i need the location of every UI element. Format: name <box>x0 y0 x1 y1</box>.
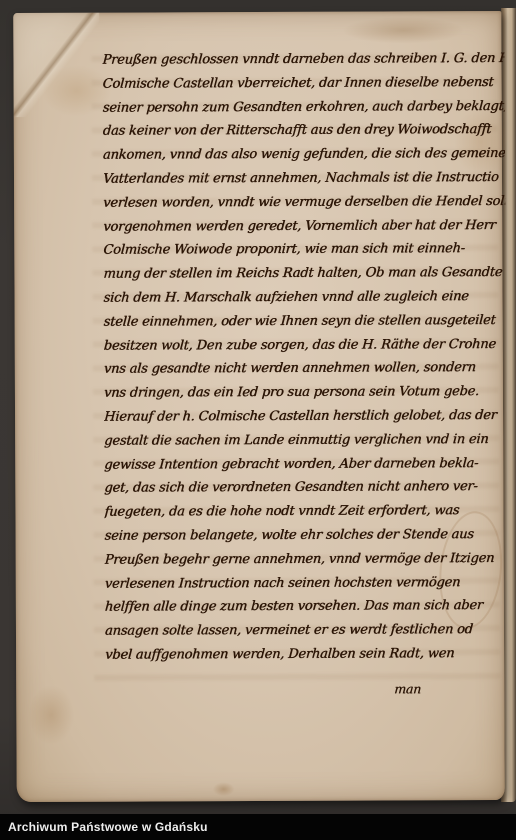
manuscript-line: gestalt die sachen im Lande einmuttig ve… <box>103 428 507 454</box>
manuscript-line: Colmische Castellan vberreichet, dar Inn… <box>102 71 505 97</box>
manuscript-line: stelle einnehmen, oder wie Ihnen seyn di… <box>103 309 507 335</box>
foxing-stain <box>42 65 112 117</box>
manuscript-line: vns dringen, das ein Ied pro sua persona… <box>103 380 507 406</box>
manuscript-line: get, das sich die verordneten Gesandten … <box>104 475 508 501</box>
manuscript-line: Preußen begehr gerne annehmen, vnnd verm… <box>104 547 507 573</box>
manuscript-line: Preußen geschlossen vnndt darneben das s… <box>102 47 505 73</box>
manuscript-line: mung der stellen im Reichs Radt halten, … <box>103 261 507 287</box>
manuscript-text-block: Preußen geschlossen vnndt darneben das s… <box>102 47 507 673</box>
foxing-stain <box>28 685 74 745</box>
manuscript-line: ansagen solte lassen, vermeinet er es we… <box>104 618 507 644</box>
archive-label-bar: Archiwum Państwowe w Gdańsku <box>0 814 516 840</box>
archive-label: Archiwum Państwowe w Gdańsku <box>0 820 208 834</box>
manuscript-line: Hierauf der h. Colmische Castellan herst… <box>103 404 507 430</box>
manuscript-line: verlesen worden, vnndt wie vermuge derse… <box>102 190 505 216</box>
manuscript-line: sich dem H. Marschalk aufziehen vnnd all… <box>103 285 507 311</box>
manuscript-page: Preußen geschlossen vnndt darneben das s… <box>13 11 504 802</box>
manuscript-line: vns als gesandte nicht werden annehmen w… <box>103 356 507 382</box>
manuscript-line: verlesenen Instruction nach seinen hochs… <box>104 570 507 596</box>
manuscript-line: besitzen wolt, Den zube sorgen, das die … <box>103 332 507 358</box>
foxing-stain <box>213 782 235 796</box>
manuscript-line: vbel auffgenohmen werden, Derhalben sein… <box>104 642 507 668</box>
manuscript-line: gewisse Intention gebracht worden, Aber … <box>103 451 507 477</box>
manuscript-line: helffen alle dinge zum besten vorsehen. … <box>104 594 507 620</box>
manuscript-line: fuegeten, da es die hohe nodt vnndt Zeit… <box>104 499 507 525</box>
archival-scan: Preußen geschlossen vnndt darneben das s… <box>0 0 516 840</box>
manuscript-line: das keiner von der Ritterschafft aus den… <box>102 118 505 144</box>
manuscript-line: vorgenohmen werden geredet, Vornemlich a… <box>102 213 506 239</box>
manuscript-line: seiner persohn zum Gesandten erkohren, a… <box>102 95 505 121</box>
manuscript-line: Vatterlandes mit ernst annehmen, Nachmal… <box>102 166 505 192</box>
catchword: man <box>393 677 421 701</box>
foxing-stain <box>343 17 463 44</box>
corner-fold-crease <box>13 13 99 117</box>
manuscript-line: Colmische Woiwode proponirt, wie man sic… <box>103 237 507 263</box>
manuscript-line: seine person belangete, wolte ehr solche… <box>104 523 507 549</box>
manuscript-line: ankomen, vnnd das also wenig gefunden, d… <box>102 142 505 168</box>
